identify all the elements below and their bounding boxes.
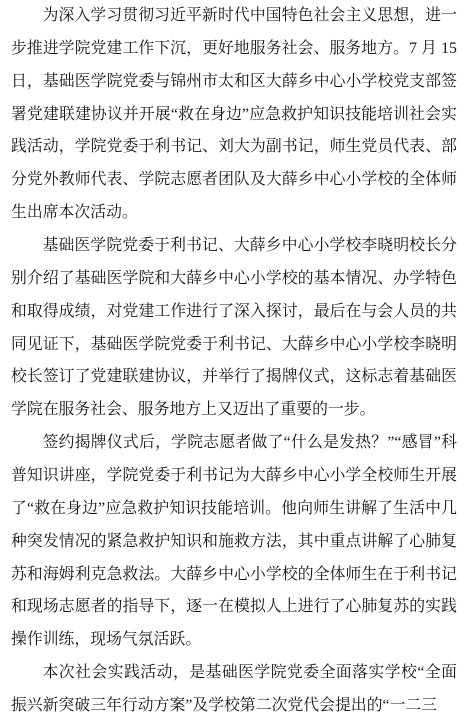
paragraph-3: 签约揭牌仪式后，学院志愿者做了“什么是发热？”“感冒”科普知识讲座，学院党委于利…: [11, 427, 457, 657]
document-page: 为深入学习贯彻习近平新时代中国特色社会主义思想，进一步推进学院党建工作下沉，更好…: [0, 0, 467, 723]
paragraph-2: 基础医学院党委于利书记、大薛乡中心小学校李晓明校长分别介绍了基础医学院和大薛乡中…: [11, 230, 457, 427]
paragraph-1: 为深入学习贯彻习近平新时代中国特色社会主义思想，进一步推进学院党建工作下沉，更好…: [11, 0, 457, 230]
paragraph-4: 本次社会实践活动，是基础医学院党委全面落实学校“全面振兴新突破三年行动方案”及学…: [11, 657, 457, 723]
